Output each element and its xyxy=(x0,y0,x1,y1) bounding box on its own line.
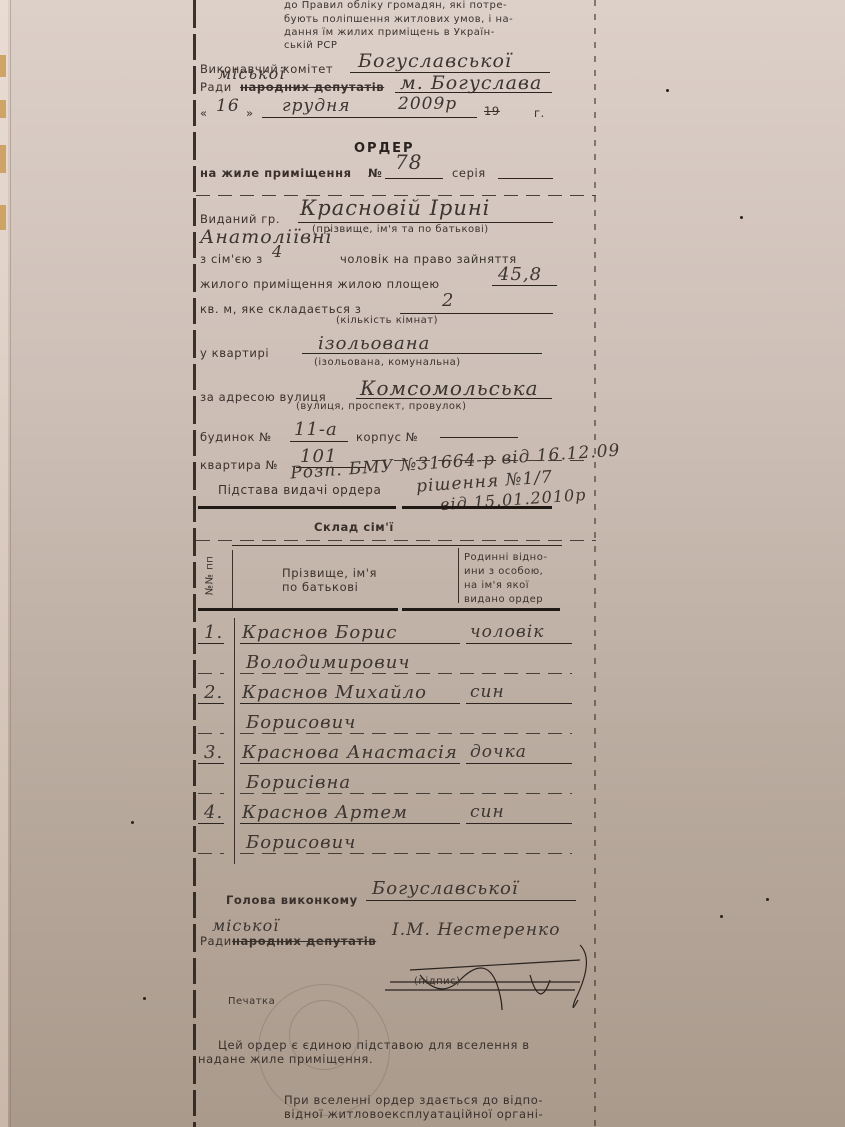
family-prefix: з сім'єю з xyxy=(200,252,263,266)
footer-note1-line2: надане жиле приміщення. xyxy=(198,1052,373,1066)
order-number-label: № xyxy=(368,166,382,180)
header-line-1: до Правил обліку громадян, які потре- xyxy=(284,0,507,11)
row-name-underline1 xyxy=(240,823,460,824)
row-number-underline xyxy=(198,703,224,704)
date-year: 2009р xyxy=(398,94,457,114)
row-number: 4. xyxy=(204,802,223,823)
order-series-label: серія xyxy=(452,166,486,180)
date-year-printed: 19 xyxy=(484,104,500,118)
date-open-quote: « xyxy=(200,106,208,120)
row-relation-underline xyxy=(466,643,572,644)
seal-label: Печатка xyxy=(228,996,275,1007)
address-value: Комсомольська xyxy=(360,376,539,400)
issued-to-value: Красновій Ірині xyxy=(300,196,490,220)
row-number: 1. xyxy=(204,622,223,643)
header-rel-line4: видано ордер xyxy=(464,594,543,605)
issued-to-caption: (прізвище, ім'я та по батькові) xyxy=(312,224,489,235)
council-underline xyxy=(395,92,552,93)
address-caption: (вулиця, проспект, провулок) xyxy=(296,401,466,412)
family-count: 4 xyxy=(272,242,283,261)
sign-council-prefix: Ради xyxy=(200,934,232,948)
basis-label: Підстава видачі ордера xyxy=(218,483,381,497)
address-underline xyxy=(356,398,552,399)
apartment-type-label: у квартирі xyxy=(200,346,269,360)
rows-col-divider xyxy=(234,618,235,864)
sign-council-struck: народних депутатів xyxy=(232,934,376,948)
head-value: Богуславської xyxy=(372,878,519,899)
row-name-line1: Краснов Артем xyxy=(242,802,408,823)
issued-to-underline xyxy=(298,222,553,223)
basis-rule-right xyxy=(402,506,552,509)
row-number: 2. xyxy=(204,682,223,703)
row-number-dash xyxy=(198,673,224,674)
council-value: м. Богуслава xyxy=(400,72,542,94)
building-label: будинок № xyxy=(200,430,272,444)
row-relation: дочка xyxy=(470,742,527,762)
row-name-underline2 xyxy=(240,793,572,794)
date-suffix: г. xyxy=(534,106,545,120)
row-relation-underline xyxy=(466,763,572,764)
row-name-line2: Борисович xyxy=(246,832,356,853)
rooms-underline xyxy=(400,313,553,314)
header-line-2: бують поліпшення житлових умов, і на- xyxy=(284,14,513,25)
row-name-underline2 xyxy=(240,853,572,854)
row-name-underline1 xyxy=(240,703,460,704)
row-name-line1: Краснова Анастасія xyxy=(242,742,458,763)
building-underline xyxy=(290,441,348,442)
row-relation-underline xyxy=(466,823,572,824)
family-suffix: чоловік на право зайняття xyxy=(340,252,517,266)
header-line-4: ській РСР xyxy=(284,40,337,51)
row-relation-underline xyxy=(466,703,572,704)
row-name-underline2 xyxy=(240,733,572,734)
row-name-underline2 xyxy=(240,673,572,674)
row-number-dash xyxy=(198,793,224,794)
left-border-rule xyxy=(193,0,196,1127)
order-number-underline xyxy=(385,178,443,179)
row-name-line2: Володимирович xyxy=(246,652,411,673)
header-rel-line2: ини з особою, xyxy=(464,566,543,577)
family-header-top xyxy=(232,545,562,546)
rooms-label: кв. м, яке складається з xyxy=(200,302,361,316)
header-number: №№ пп xyxy=(204,556,215,596)
footer-note1-line1: Цей ордер є єдиною підставою для вселенн… xyxy=(218,1038,530,1052)
row-number-dash xyxy=(198,733,224,734)
row-number-dash xyxy=(198,853,224,854)
order-for-label: на жиле приміщення xyxy=(200,166,352,180)
issued-to-label: Виданий гр. xyxy=(200,212,280,226)
header-line-3: дання їм жилих приміщень в Україн- xyxy=(284,27,495,38)
date-month: грудня xyxy=(282,96,351,116)
basis-rule-left xyxy=(198,506,396,509)
date-underline xyxy=(262,117,477,118)
header-name-line1: Прізвище, ім'я xyxy=(282,566,377,580)
row-name-underline1 xyxy=(240,643,460,644)
header-col-divider-1 xyxy=(232,550,233,608)
apartment-type-caption: (ізольована, комунальна) xyxy=(314,357,461,368)
row-number: 3. xyxy=(204,742,223,763)
row-name-line2: Борисович xyxy=(246,712,356,733)
sign-council-handwritten: міської xyxy=(212,916,279,935)
housing-order-document: до Правил обліку громадян, які потре- бу… xyxy=(0,0,845,1127)
apartment-type-underline xyxy=(302,353,542,354)
row-relation: чоловік xyxy=(470,622,544,642)
row-name-line1: Краснов Михайло xyxy=(242,682,427,703)
row-number-underline xyxy=(198,763,224,764)
header-name-line2: по батькові xyxy=(282,580,358,594)
block-underline xyxy=(440,437,518,438)
issued-to-patronymic: Анатоліївні xyxy=(200,226,333,248)
header-bottom-left xyxy=(198,608,398,611)
family-top-dash xyxy=(196,540,596,541)
flat-label: квартира № xyxy=(200,458,278,472)
row-name-line1: Краснов Борис xyxy=(242,622,397,643)
council-label-struck: народних депутатів xyxy=(240,80,384,94)
row-number-underline xyxy=(198,823,224,824)
row-relation: син xyxy=(470,682,505,702)
area-value: 45,8 xyxy=(498,264,542,285)
header-col-divider-2 xyxy=(458,548,459,603)
area-underline xyxy=(492,285,557,286)
apartment-type-value: ізольована xyxy=(318,333,430,354)
block-label: корпус № xyxy=(356,430,418,444)
row-relation: син xyxy=(470,802,505,822)
committee-value: Богуславської xyxy=(358,50,512,72)
head-underline xyxy=(366,900,576,901)
header-bottom-right xyxy=(402,608,560,611)
date-day: 16 xyxy=(216,96,240,116)
handwritten-signature xyxy=(380,940,600,1010)
date-close-quote: » xyxy=(246,106,254,120)
footer-note2-line2: відної житловоексплуатаційної органі- xyxy=(284,1107,543,1121)
signer-name: І.М. Нестеренко xyxy=(392,920,560,940)
header-rel-line3: на ім'я якої xyxy=(464,580,529,591)
council-label-prefix: Ради xyxy=(200,80,232,94)
head-label: Голова виконкому xyxy=(226,893,358,907)
header-rel-line1: Родинні відно- xyxy=(464,552,547,563)
area-label: жилого приміщення жилою площею xyxy=(200,277,440,291)
row-name-line2: Борисівна xyxy=(246,772,351,793)
order-series-underline xyxy=(498,178,553,179)
footer-note2-line1: При вселенні ордер здається до відпо- xyxy=(284,1093,543,1107)
rooms-value: 2 xyxy=(442,290,454,311)
order-number-value: 78 xyxy=(395,150,422,174)
building-value: 11-а xyxy=(294,419,338,440)
family-title: Склад сім'ї xyxy=(314,520,394,534)
sign-caption: (підпис) xyxy=(414,976,461,987)
rooms-caption: (кількість кімнат) xyxy=(336,315,438,326)
row-number-underline xyxy=(198,643,224,644)
row-name-underline1 xyxy=(240,763,460,764)
